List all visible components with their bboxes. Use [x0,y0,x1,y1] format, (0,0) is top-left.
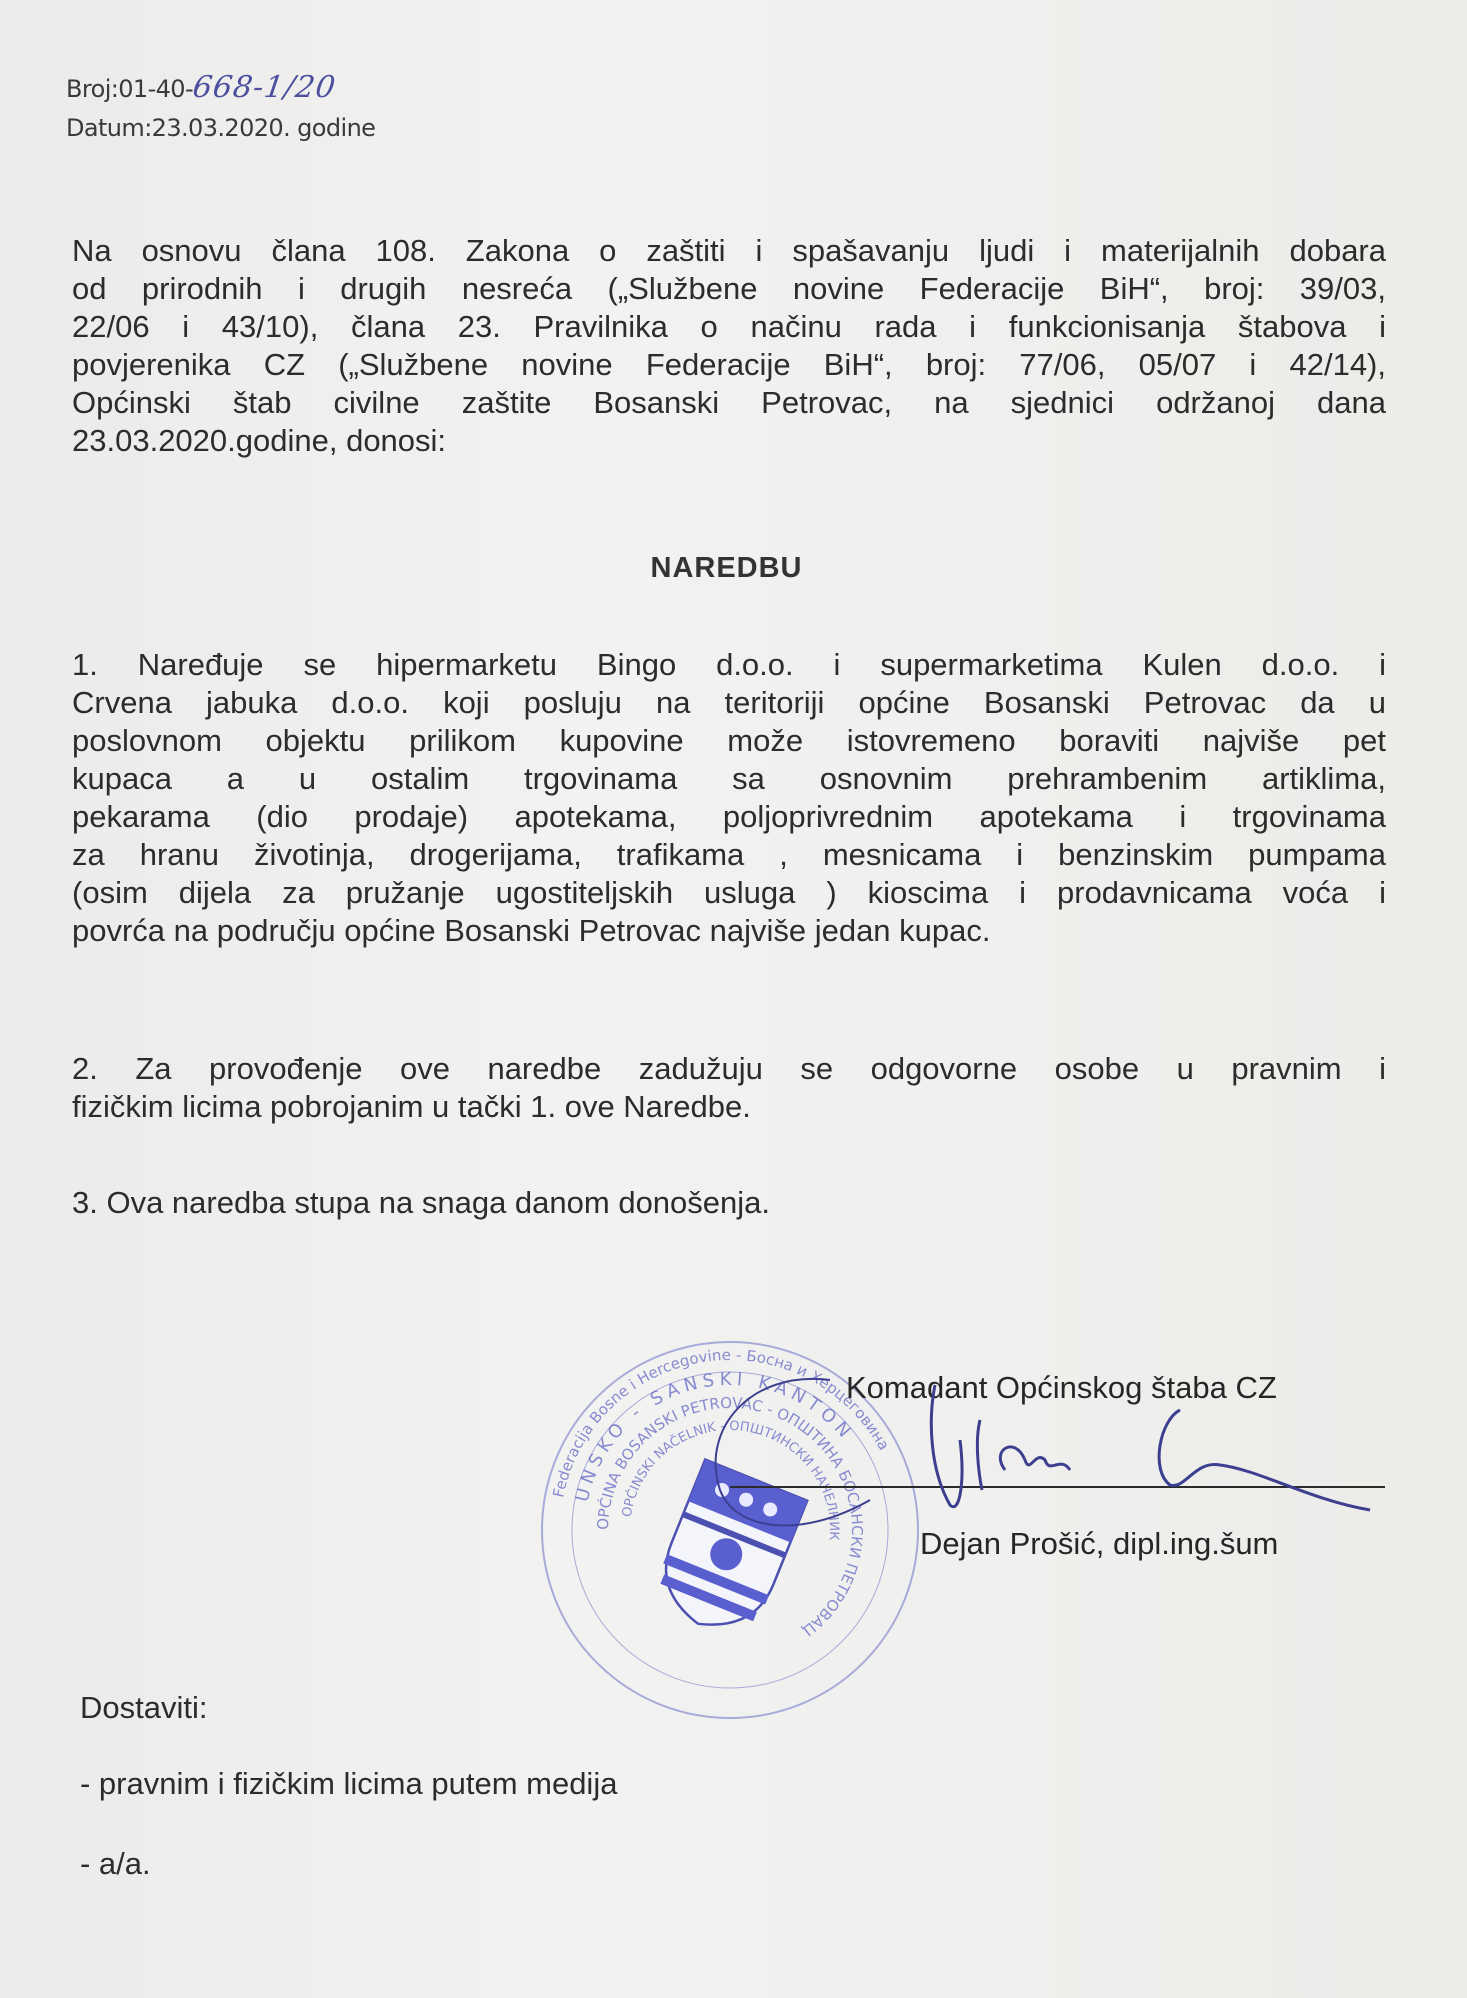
distribution-label: Dostaviti: [80,1690,207,1726]
handwritten-signature [920,1380,1400,1520]
order-item-1: 1. Naređuje se hipermarketu Bingo d.o.o.… [72,646,1386,950]
order-line: pekarama (dio prodaje) apotekama, poljop… [72,798,1386,836]
document-title: NAREDBU [0,552,1467,585]
order-item-2: 2. Za provođenje ove naredbe zadužuju se… [72,1050,1386,1126]
preamble-paragraph: Na osnovu člana 108. Zakona o zaštiti i … [72,232,1386,460]
document-number-handwritten: 668-1/20 [191,70,339,105]
document-number-label: Broj:01-40- [66,75,193,103]
distribution-item: - a/a. [80,1846,151,1882]
document-number: Broj:01-40-668-1/20 [66,70,336,105]
document-title-text: NAREDBU [651,552,803,584]
preamble-line: Na osnovu člana 108. Zakona o zaštiti i … [72,232,1386,270]
order-line: 1. Naređuje se hipermarketu Bingo d.o.o.… [72,646,1386,684]
document-date: Datum:23.03.2020. godine [66,114,375,142]
order-line: fizičkim licima pobrojanim u tački 1. ov… [72,1088,1386,1126]
order-item-3: 3. Ova naredba stupa na snaga danom dono… [72,1184,1386,1222]
order-line: kupaca a u ostalim trgovinama sa osnovni… [72,760,1386,798]
preamble-line: od prirodnih i drugih nesreća („Službene… [72,270,1386,308]
signatory-name: Dejan Prošić, dipl.ing.šum [920,1526,1278,1562]
distribution-item: - pravnim i fizičkim licima putem medija [80,1766,617,1802]
order-line: Crvena jabuka d.o.o. koji posluju na ter… [72,684,1386,722]
preamble-line: 22/06 i 43/10), člana 23. Pravilnika o n… [72,308,1386,346]
order-line: 3. Ova naredba stupa na snaga danom dono… [72,1184,1386,1222]
order-line: 2. Za provođenje ove naredbe zadužuju se… [72,1050,1386,1088]
preamble-line: povjerenika CZ („Službene novine Federac… [72,346,1386,384]
order-line: (osim dijela za pružanje ugostiteljskih … [72,874,1386,912]
preamble-line: Općinski štab civilne zaštite Bosanski P… [72,384,1386,422]
order-line: poslovnom objektu prilikom kupovine može… [72,722,1386,760]
order-line: povrća na području općine Bosanski Petro… [72,912,1386,950]
preamble-line: 23.03.2020.godine, donosi: [72,422,1386,460]
order-line: za hranu životinja, drogerijama, trafika… [72,836,1386,874]
